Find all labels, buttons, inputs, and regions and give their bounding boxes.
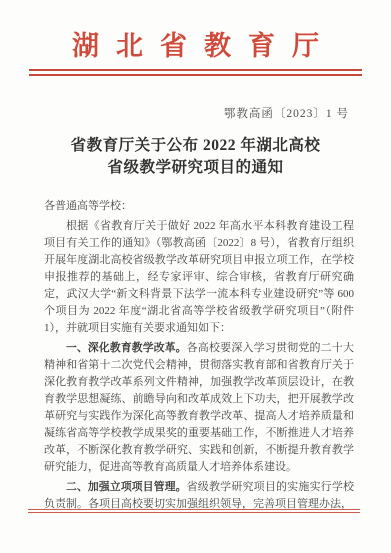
footer-double-rule bbox=[28, 509, 360, 513]
salutation: 各普通高等学校： bbox=[44, 198, 354, 215]
paragraph-lead: 一、深化教育教学改革。 bbox=[66, 342, 187, 354]
document-body: 各普通高等学校： 根据《省教育厅关于做好 2022 年高水平本科教育建设工程项目… bbox=[44, 198, 354, 513]
paragraph: 一、深化教育教学改革。各高校要深入学习贯彻党的二十大精神和省第十二次党代会精神，… bbox=[44, 340, 354, 476]
paragraph: 根据《省教育厅关于做好 2022 年高水平本科教育建设工程项目有关工作的通知》（… bbox=[44, 218, 354, 337]
header-double-rule bbox=[29, 69, 362, 76]
document-number: 鄂教高函〔2023〕1 号 bbox=[0, 105, 391, 121]
document-page: 湖北省教育厅 鄂教高函〔2023〕1 号 省教育厅关于公布 2022 年湖北高校… bbox=[0, 0, 391, 553]
document-title-line2: 省级教学研究项目的通知 bbox=[107, 159, 283, 176]
agency-header: 湖北省教育厅 bbox=[0, 0, 391, 62]
paragraph-lead: 二、加强立项项目管理。 bbox=[66, 481, 187, 493]
document-title: 省教育厅关于公布 2022 年湖北高校 省级教学研究项目的通知 bbox=[0, 135, 391, 179]
document-title-line1: 省教育厅关于公布 2022 年湖北高校 bbox=[71, 137, 321, 154]
body-paragraphs: 根据《省教育厅关于做好 2022 年高水平本科教育建设工程项目有关工作的通知》（… bbox=[44, 218, 354, 513]
paragraph: 二、加强立项项目管理。省级教学研究项目的实施实行学校负责制。各项目高校要切实加强… bbox=[44, 479, 354, 513]
